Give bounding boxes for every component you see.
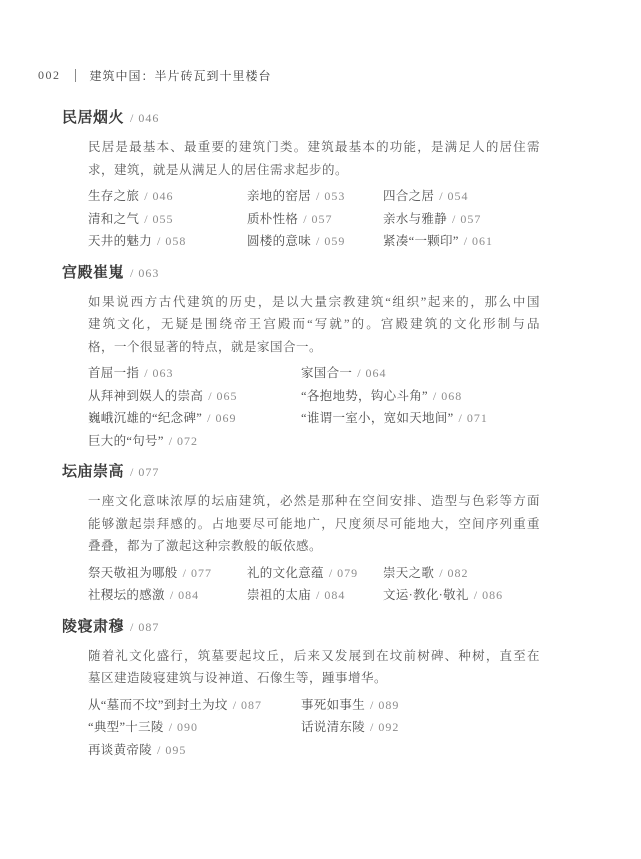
toc-item-title: 社稷坛的感激 (88, 588, 165, 602)
toc-item-title: 家国合一 (301, 366, 352, 380)
section-description: 一座文化意味浓厚的坛庙建筑，必然是那种在空间安排、造型与色彩等方面 能够激起崇拜… (88, 490, 540, 558)
page-header: 002 建筑中国：半片砖瓦到十里楼台 (38, 67, 272, 84)
toc-item-title: 亲地的窑居 (247, 189, 311, 203)
toc-item-title: “各抱地势，钩心斗角” (301, 389, 428, 403)
toc-item-page: / 079 (329, 566, 358, 580)
toc-item: 崇天之歌/ 082 (383, 562, 582, 585)
section-description: 如果说西方古代建筑的历史，是以大量宗教建筑“组织”起来的，那么中国 建筑文化，无… (88, 291, 540, 359)
toc-item-title: 崇祖的太庙 (247, 588, 311, 602)
toc-item: 祭天敬祖为哪般/ 077 (88, 562, 247, 585)
section-minju: 民居烟火/ 046 民居是最基本、最重要的建筑门类。建筑最基本的功能，是满足人的… (62, 108, 582, 253)
toc-item: 从“墓而不坟”到封土为坟/ 087 (88, 694, 301, 717)
toc-item-title: 巨大的“句号” (88, 434, 164, 448)
toc-item-title: 事死如事生 (301, 698, 365, 712)
toc-item: 礼的文化意蕴/ 079 (247, 562, 383, 585)
toc-item-title: 亲水与雅静 (383, 212, 447, 226)
toc-item-page: / 058 (157, 234, 186, 248)
section-title-text: 民居烟火 (62, 109, 124, 126)
toc-item-page: / 077 (183, 566, 212, 580)
section-title: 民居烟火/ 046 (62, 108, 582, 128)
toc-item-page: / 057 (452, 212, 481, 226)
toc-item: 话说清东陵/ 092 (301, 716, 582, 739)
toc-item-title: “谁谓一室小，宽如天地间” (301, 411, 454, 425)
section-page: / 046 (130, 111, 159, 125)
desc-line: 叠叠，都为了激起这种宗教般的皈依感。 (88, 535, 540, 558)
toc-item-page: / 046 (144, 189, 173, 203)
toc-items-grid: 首屈一指/ 063家国合一/ 064从拜神到娱人的崇高/ 065“各抱地势，钩心… (88, 362, 582, 452)
toc-item-page: / 092 (370, 720, 399, 734)
toc-item: 亲地的窑居/ 053 (247, 185, 383, 208)
section-description: 随着礼文化盛行，筑墓要起坟丘，后来又发展到在坟前树碑、种树，直至在 墓区建造陵寝… (88, 645, 540, 690)
toc-item-title: 话说清东陵 (301, 720, 365, 734)
toc-item: 崇祖的太庙/ 084 (247, 584, 383, 607)
toc-item-title: 从拜神到娱人的崇高 (88, 389, 203, 403)
toc-item-page: / 084 (316, 588, 345, 602)
toc-item-title: 文运·教化·敬礼 (383, 588, 469, 602)
toc-item-page: / 064 (357, 366, 386, 380)
toc-item-title: 四合之居 (383, 189, 434, 203)
page-number: 002 (38, 68, 61, 83)
section-description: 民居是最基本、最重要的建筑门类。建筑最基本的功能，是满足人的居住需 求，建筑，就… (88, 136, 540, 181)
toc-item-title: “典型”十三陵 (88, 720, 164, 734)
toc-item: 从拜神到娱人的崇高/ 065 (88, 385, 301, 408)
toc-item-title: 圆楼的意味 (247, 234, 311, 248)
toc-item: 巨大的“句号”/ 072 (88, 430, 301, 453)
toc-item-page: / 082 (439, 566, 468, 580)
section-title: 坛庙崇高/ 077 (62, 462, 582, 482)
toc-item-page: / 068 (433, 389, 462, 403)
desc-line: 格，一个很显著的特点，就是家国合一。 (88, 336, 540, 359)
toc-item-title: 紧凑“一颗印” (383, 234, 459, 248)
toc-item: 事死如事生/ 089 (301, 694, 582, 717)
section-page: / 063 (130, 266, 159, 280)
section-lingqin: 陵寝肃穆/ 087 随着礼文化盛行，筑墓要起坟丘，后来又发展到在坟前树碑、种树，… (62, 617, 582, 762)
section-gongdian: 宫殿崔嵬/ 063 如果说西方古代建筑的历史，是以大量宗教建筑“组织”起来的，那… (62, 263, 582, 453)
toc-item-page: / 054 (439, 189, 468, 203)
toc-item-title: 质朴性格 (247, 212, 298, 226)
desc-line: 民居是最基本、最重要的建筑门类。建筑最基本的功能，是满足人的居住需 (88, 136, 540, 159)
desc-line: 墓区建造陵寝建筑与设神道、石像生等，踵事增华。 (88, 667, 540, 690)
toc-item-page: / 061 (464, 234, 493, 248)
toc-item-title: 清和之气 (88, 212, 139, 226)
toc-item-page: / 084 (170, 588, 199, 602)
toc-item-page: / 059 (316, 234, 345, 248)
toc-item-title: 巍峨沉雄的“纪念碑” (88, 411, 202, 425)
desc-line: 如果说西方古代建筑的历史，是以大量宗教建筑“组织”起来的，那么中国 (88, 291, 540, 314)
book-title: 建筑中国：半片砖瓦到十里楼台 (90, 67, 272, 84)
section-page: / 087 (130, 620, 159, 634)
desc-line: 一座文化意味浓厚的坛庙建筑，必然是那种在空间安排、造型与色彩等方面 (88, 490, 540, 513)
toc-item: 再谈黄帝陵/ 095 (88, 739, 301, 762)
section-title-text: 坛庙崇高 (62, 463, 124, 480)
toc-item: “典型”十三陵/ 090 (88, 716, 301, 739)
toc-item-page: / 065 (208, 389, 237, 403)
toc-item-page: / 089 (370, 698, 399, 712)
toc-item-title: 崇天之歌 (383, 566, 434, 580)
toc-item: 文运·教化·敬礼/ 086 (383, 584, 582, 607)
toc-item-title: 从“墓而不坟”到封土为坟 (88, 698, 228, 712)
toc-item: 社稷坛的感激/ 084 (88, 584, 247, 607)
toc-item: 亲水与雅静/ 057 (383, 208, 582, 231)
toc-sections: 民居烟火/ 046 民居是最基本、最重要的建筑门类。建筑最基本的功能，是满足人的… (62, 108, 582, 771)
toc-item: 生存之旅/ 046 (88, 185, 247, 208)
toc-item: 清和之气/ 055 (88, 208, 247, 231)
toc-item: “各抱地势，钩心斗角”/ 068 (301, 385, 582, 408)
header-divider (75, 69, 76, 82)
toc-item-page: / 090 (169, 720, 198, 734)
section-page: / 077 (130, 465, 159, 479)
section-title-text: 陵寝肃穆 (62, 618, 124, 635)
toc-item-page: / 072 (169, 434, 198, 448)
toc-item: 家国合一/ 064 (301, 362, 582, 385)
desc-line: 随着礼文化盛行，筑墓要起坟丘，后来又发展到在坟前树碑、种树，直至在 (88, 645, 540, 668)
toc-item-page: / 095 (157, 743, 186, 757)
toc-item-title: 礼的文化意蕴 (247, 566, 324, 580)
toc-item-page: / 053 (316, 189, 345, 203)
toc-item-title: 祭天敬祖为哪般 (88, 566, 178, 580)
toc-item-page: / 087 (233, 698, 262, 712)
toc-item-title: 生存之旅 (88, 189, 139, 203)
toc-items-grid: 从“墓而不坟”到封土为坟/ 087事死如事生/ 089“典型”十三陵/ 090话… (88, 694, 582, 762)
section-title: 宫殿崔嵬/ 063 (62, 263, 582, 283)
desc-line: 建筑文化，无疑是围绕帝王宫殿而“写就”的。宫殿建筑的文化形制与品 (88, 313, 540, 336)
toc-item-page: / 071 (459, 411, 488, 425)
toc-item-title: 首屈一指 (88, 366, 139, 380)
toc-item: 四合之居/ 054 (383, 185, 582, 208)
toc-item-page: / 069 (207, 411, 236, 425)
desc-line: 能够激起崇拜感的。占地要尽可能地广，尺度须尽可能地大，空间序列重重 (88, 513, 540, 536)
toc-page: 002 建筑中国：半片砖瓦到十里楼台 民居烟火/ 046 民居是最基本、最重要的… (0, 0, 641, 859)
toc-items-grid: 生存之旅/ 046亲地的窑居/ 053四合之居/ 054清和之气/ 055质朴性… (88, 185, 582, 253)
toc-item: 质朴性格/ 057 (247, 208, 383, 231)
toc-item-page: / 055 (144, 212, 173, 226)
toc-item-page: / 057 (303, 212, 332, 226)
toc-item-page: / 086 (474, 588, 503, 602)
toc-item: “谁谓一室小，宽如天地间”/ 071 (301, 407, 582, 430)
section-title: 陵寝肃穆/ 087 (62, 617, 582, 637)
toc-item-title: 天井的魅力 (88, 234, 152, 248)
toc-item: 紧凑“一颗印”/ 061 (383, 230, 582, 253)
toc-items-grid: 祭天敬祖为哪般/ 077礼的文化意蕴/ 079崇天之歌/ 082社稷坛的感激/ … (88, 562, 582, 607)
toc-item-title: 再谈黄帝陵 (88, 743, 152, 757)
desc-line: 求，建筑，就是从满足人的居住需求起步的。 (88, 159, 540, 182)
section-tanmiao: 坛庙崇高/ 077 一座文化意味浓厚的坛庙建筑，必然是那种在空间安排、造型与色彩… (62, 462, 582, 607)
toc-item: 首屈一指/ 063 (88, 362, 301, 385)
toc-item-page: / 063 (144, 366, 173, 380)
toc-item: 天井的魅力/ 058 (88, 230, 247, 253)
toc-item: 圆楼的意味/ 059 (247, 230, 383, 253)
toc-item: 巍峨沉雄的“纪念碑”/ 069 (88, 407, 301, 430)
section-title-text: 宫殿崔嵬 (62, 264, 124, 281)
